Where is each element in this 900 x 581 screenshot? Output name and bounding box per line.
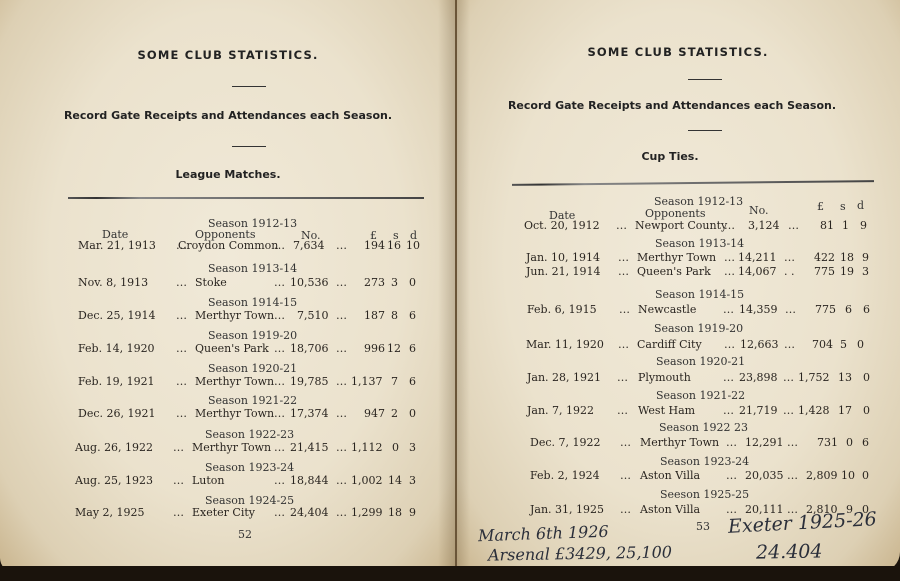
- left-table-row: Dec. 26, 1921 … Merthyr Town … 17,374 … …: [78, 407, 428, 421]
- right-subtitle-divider: [688, 130, 722, 131]
- right-season-label: Seeson 1925-25: [660, 488, 749, 501]
- right-season-label: Season 1920-21: [656, 355, 745, 368]
- row-shillings: 3: [391, 276, 398, 289]
- right-table-row: Feb. 6, 1915 … Newcastle … 14,359 … 775 …: [527, 303, 877, 317]
- right-table-row: Jan. 7, 1922 … West Ham … 21,719 … 1,428…: [527, 404, 877, 418]
- row-pence: 9: [860, 219, 867, 232]
- left-season-label: Season 1923-24: [205, 461, 294, 474]
- row-date: Feb. 2, 1924: [530, 469, 600, 482]
- right-page: SOME CLUB STATISTICS. Record Gate Receip…: [456, 0, 900, 572]
- row-opponent: Merthyr Town: [195, 407, 274, 420]
- row-opponent: Merthyr Town: [195, 375, 274, 388]
- left-table-row: Feb. 19, 1921 … Merthyr Town … 19,785 … …: [78, 375, 428, 389]
- row-opponent: Newcastle: [638, 303, 696, 316]
- row-pounds: 947: [364, 407, 385, 420]
- row-pence: 3: [409, 441, 416, 454]
- row-opponent: Merthyr Town: [192, 441, 271, 454]
- row-date: Jan. 28, 1921: [527, 371, 601, 384]
- left-season-label: Season 1921-22: [208, 394, 297, 407]
- row-pence: 0: [409, 276, 416, 289]
- row-shillings: 18: [388, 506, 402, 519]
- row-attendance: 20,035: [745, 469, 784, 482]
- row-pounds: 996: [364, 342, 385, 355]
- row-shillings: 5: [840, 338, 847, 351]
- row-opponent: Stoke: [195, 276, 227, 289]
- row-shillings: 8: [391, 309, 398, 322]
- right-season-label: Season 1922 23: [659, 421, 748, 434]
- row-date: Dec. 7, 1922: [530, 436, 600, 449]
- row-attendance: 24,404: [290, 506, 329, 519]
- row-pence: 9: [862, 251, 869, 264]
- right-table-row: Dec. 7, 1922 … Merthyr Town … 12,291 … 7…: [530, 436, 880, 450]
- row-date: Aug. 25, 1923: [75, 474, 153, 487]
- row-pence: 6: [409, 375, 416, 388]
- handwritten-attendance-note: 24.404: [756, 540, 823, 563]
- row-date: Jan. 7, 1922: [527, 404, 594, 417]
- row-shillings: 18: [840, 251, 854, 264]
- row-attendance: 12,663: [740, 338, 779, 351]
- row-pounds: 731: [817, 436, 838, 449]
- row-pounds: 2,809: [806, 469, 838, 482]
- row-pence: 10: [406, 239, 420, 252]
- right-table-row: Oct. 20, 1912 … Newport County … 3,124 ……: [524, 219, 874, 233]
- row-opponent: Exeter City: [192, 506, 255, 519]
- row-date: Dec. 25, 1914: [78, 309, 155, 322]
- row-pence: 0: [862, 469, 869, 482]
- row-shillings: 10: [841, 469, 855, 482]
- page-number-right: 53: [696, 520, 710, 533]
- row-pounds: 422: [814, 251, 835, 264]
- row-opponent: Queen's Park: [195, 342, 269, 355]
- row-pounds: 1,752: [798, 371, 830, 384]
- row-date: Mar. 11, 1920: [526, 338, 604, 351]
- row-attendance: 3,124: [748, 219, 780, 232]
- right-table-row: Jun. 21, 1914 … Queen's Park … 14,067 . …: [526, 265, 876, 279]
- row-pounds: 194: [364, 239, 385, 252]
- row-pounds: 1,137: [351, 375, 383, 388]
- row-date: Feb. 19, 1921: [78, 375, 155, 388]
- row-attendance: 23,898: [739, 371, 778, 384]
- row-pounds: 1,299: [351, 506, 383, 519]
- row-attendance: 12,291: [745, 436, 784, 449]
- row-date: Jan. 10, 1914: [526, 251, 600, 264]
- row-opponent: Merthyr Town: [640, 436, 719, 449]
- row-opponent: Cardiff City: [637, 338, 702, 351]
- row-opponent: Aston Villa: [640, 503, 700, 516]
- row-pounds: 704: [812, 338, 833, 351]
- left-season-label: Season 1913-14: [208, 262, 297, 275]
- row-shillings: 6: [845, 303, 852, 316]
- row-pence: 6: [409, 342, 416, 355]
- right-page-title: SOME CLUB STATISTICS.: [456, 45, 900, 59]
- row-opponent: Merthyr Town: [637, 251, 716, 264]
- row-shillings: 0: [392, 441, 399, 454]
- right-col-pence: d: [857, 199, 864, 212]
- row-opponent: Merthyr Town: [195, 309, 274, 322]
- row-date: Feb. 14, 1920: [78, 342, 155, 355]
- right-table-row: Jan. 28, 1921 … Plymouth … 23,898 … 1,75…: [527, 371, 877, 385]
- row-shillings: 7: [391, 375, 398, 388]
- row-pence: 6: [862, 436, 869, 449]
- row-attendance: 18,844: [290, 474, 329, 487]
- right-table-row: Feb. 2, 1924 … Aston Villa … 20,035 … 2,…: [530, 469, 880, 483]
- left-table-row: May 2, 1925 … Exeter City … 24,404 … 1,2…: [75, 506, 425, 520]
- row-pounds: 81: [820, 219, 834, 232]
- left-page-title: SOME CLUB STATISTICS.: [0, 48, 456, 62]
- left-season-label: Season 1919-20: [208, 329, 297, 342]
- row-pence: 0: [409, 407, 416, 420]
- left-table-row: Aug. 25, 1923 … Luton … 18,844 … 1,002 1…: [75, 474, 425, 488]
- row-attendance: 14,211: [738, 251, 777, 264]
- row-attendance: 19,785: [290, 375, 329, 388]
- left-table-row: Nov. 8, 1913 … Stoke … 10,536 … 273 3 0: [78, 276, 428, 290]
- row-pounds: 187: [364, 309, 385, 322]
- row-date: Oct. 20, 1912: [524, 219, 600, 232]
- left-title-divider: [232, 86, 266, 87]
- left-season-label: Season 1922-23: [205, 428, 294, 441]
- row-pounds: 775: [814, 265, 835, 278]
- left-page: SOME CLUB STATISTICS. Record Gate Receip…: [0, 0, 456, 572]
- row-attendance: 14,067: [738, 265, 777, 278]
- row-attendance: 7,634: [293, 239, 325, 252]
- page-number-left: 52: [238, 528, 252, 541]
- row-pence: 9: [409, 506, 416, 519]
- row-pence: 0: [863, 404, 870, 417]
- right-season-label: Season 1914-15: [655, 288, 744, 301]
- right-table-row: Jan. 10, 1914 … Merthyr Town … 14,211 … …: [526, 251, 876, 265]
- row-attendance: 21,415: [290, 441, 329, 454]
- booklet-spread: SOME CLUB STATISTICS. Record Gate Receip…: [0, 0, 900, 575]
- handwritten-arsenal-note: Arsenal £3429, 25,100: [488, 542, 672, 564]
- row-pounds: 273: [364, 276, 385, 289]
- right-col-pounds: £: [817, 200, 824, 213]
- row-pence: 6: [863, 303, 870, 316]
- row-date: Feb. 6, 1915: [527, 303, 597, 316]
- right-season-label: Season 1923-24: [660, 455, 749, 468]
- row-date: Dec. 26, 1921: [78, 407, 155, 420]
- row-pence: 6: [409, 309, 416, 322]
- left-table-row: Feb. 14, 1920 … Queen's Park … 18,706 … …: [78, 342, 428, 356]
- row-attendance: 17,374: [290, 407, 329, 420]
- row-shillings: 0: [846, 436, 853, 449]
- row-pence: 0: [863, 371, 870, 384]
- right-header-rule: [512, 180, 874, 186]
- row-date: Mar. 21, 1913: [78, 239, 156, 252]
- left-season-label: Season 1914-15: [208, 296, 297, 309]
- left-page-subtitle: Record Gate Receipts and Attendances eac…: [0, 109, 456, 122]
- row-opponent: Newport County: [635, 219, 727, 232]
- right-section-heading: Cup Ties.: [448, 150, 892, 163]
- row-attendance: 18,706: [290, 342, 329, 355]
- row-shillings: 14: [388, 474, 402, 487]
- row-pounds: 775: [815, 303, 836, 316]
- left-table-row: Mar. 21, 1913 … Croydon Common … 7,634 ……: [78, 239, 428, 253]
- row-date: Jun. 21, 1914: [526, 265, 601, 278]
- row-attendance: 21,719: [739, 404, 778, 417]
- right-col-no: No.: [749, 204, 769, 217]
- row-pence: 3: [862, 265, 869, 278]
- left-table-row: Aug. 26, 1922 … Merthyr Town … 21,415 … …: [75, 441, 425, 455]
- row-shillings: 16: [387, 239, 401, 252]
- row-date: Nov. 8, 1913: [78, 276, 148, 289]
- row-opponent: Aston Villa: [640, 469, 700, 482]
- row-shillings: 1: [842, 219, 849, 232]
- page-edge-shadow: [0, 566, 900, 575]
- row-pence: 0: [857, 338, 864, 351]
- row-pounds: 1,112: [351, 441, 383, 454]
- right-season-label: Season 1921-22: [656, 389, 745, 402]
- row-attendance: 7,510: [297, 309, 329, 322]
- row-pounds: 1,002: [351, 474, 383, 487]
- row-opponent: West Ham: [638, 404, 695, 417]
- row-shillings: 2: [391, 407, 398, 420]
- row-date: May 2, 1925: [75, 506, 145, 519]
- row-shillings: 17: [838, 404, 852, 417]
- right-season-label: Season 1913-14: [655, 237, 744, 250]
- row-shillings: 13: [838, 371, 852, 384]
- right-table-row: Mar. 11, 1920 … Cardiff City … 12,663 … …: [526, 338, 876, 352]
- row-attendance: 10,536: [290, 276, 329, 289]
- row-attendance: 14,359: [739, 303, 778, 316]
- row-pence: 3: [409, 474, 416, 487]
- row-date: Jan. 31, 1925: [530, 503, 604, 516]
- left-subtitle-divider: [232, 146, 266, 147]
- right-page-subtitle: Record Gate Receipts and Attendances eac…: [450, 99, 894, 112]
- left-season-label: Season 1912-13: [208, 217, 297, 230]
- row-opponent: Queen's Park: [637, 265, 711, 278]
- row-opponent: Plymouth: [638, 371, 691, 384]
- row-date: Aug. 26, 1922: [75, 441, 153, 454]
- right-season-label: Season 1919-20: [654, 322, 743, 335]
- book-spine: [455, 0, 457, 572]
- right-season-label: Season 1912-13: [654, 195, 743, 208]
- row-shillings: 12: [387, 342, 401, 355]
- right-col-shillings: s: [840, 200, 846, 213]
- left-section-heading: League Matches.: [0, 168, 456, 181]
- row-opponent: Luton: [192, 474, 225, 487]
- right-title-divider: [688, 79, 722, 80]
- row-shillings: 19: [840, 265, 854, 278]
- left-table-row: Dec. 25, 1914 … Merthyr Town … 7,510 … 1…: [78, 309, 428, 323]
- left-header-rule: [68, 197, 424, 199]
- row-opponent: Croydon Common: [178, 239, 278, 252]
- left-season-label: Season 1920-21: [208, 362, 297, 375]
- row-pounds: 1,428: [798, 404, 830, 417]
